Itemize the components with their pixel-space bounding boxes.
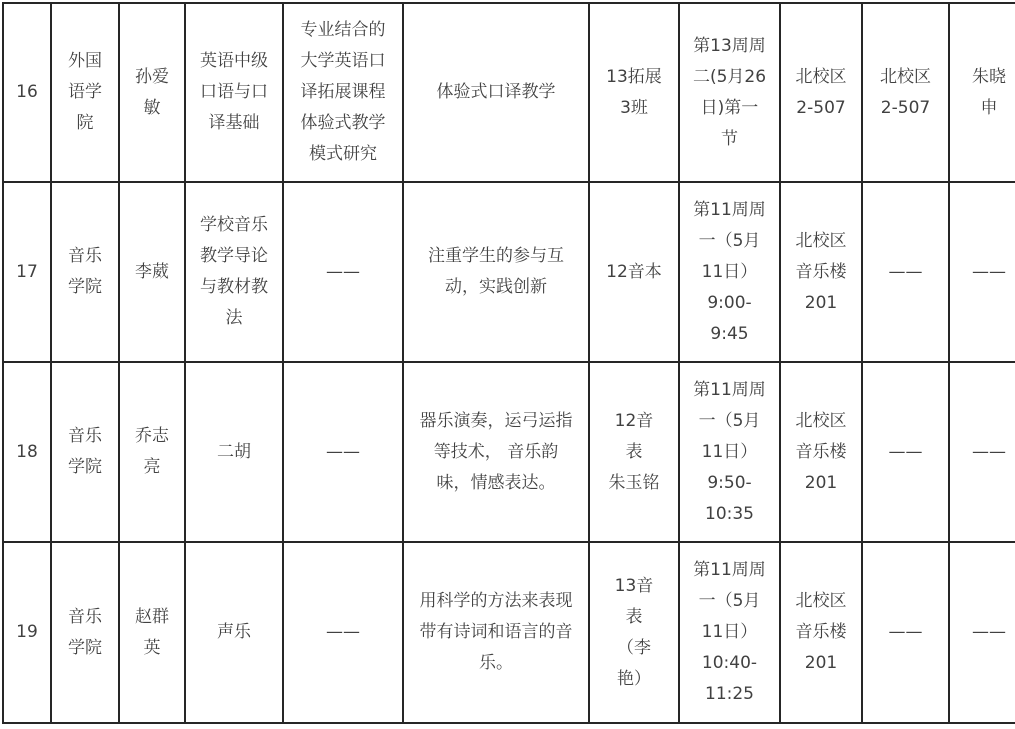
cell-teacher: 赵群 英 xyxy=(119,542,185,723)
cell-research-topic: —— xyxy=(283,362,403,542)
cell-research-topic: —— xyxy=(283,182,403,362)
cell-row-number: 16 xyxy=(3,3,51,182)
cell-time: 第11周周 一（5月 11日） 10:40- 11:25 xyxy=(679,542,780,723)
cell-college: 外国 语学 院 xyxy=(51,3,119,182)
cell-location-2: —— xyxy=(862,182,949,362)
cell-row-number: 19 xyxy=(3,542,51,723)
cell-location-1: 北校区 音乐楼 201 xyxy=(780,362,862,542)
cell-class: 12音 表 朱玉铭 xyxy=(589,362,679,542)
cell-teacher: 李葳 xyxy=(119,182,185,362)
cell-teaching-feature: 器乐演奏，运弓运指 等技术， 音乐韵 味，情感表达。 xyxy=(403,362,589,542)
cell-location-2: —— xyxy=(862,542,949,723)
cell-person: —— xyxy=(949,362,1015,542)
cell-row-number: 18 xyxy=(3,362,51,542)
cell-teacher: 孙爱 敏 xyxy=(119,3,185,182)
cell-class: 13拓展 3班 xyxy=(589,3,679,182)
table-row: 16 外国 语学 院 孙爱 敏 英语中级 口语与口 译基础 专业结合的 大学英语… xyxy=(3,3,1015,182)
cell-class: 13音 表 （李 艳） xyxy=(589,542,679,723)
cell-location-1: 北校区 2-507 xyxy=(780,3,862,182)
table-row: 18 音乐 学院 乔志 亮 二胡 —— 器乐演奏，运弓运指 等技术， 音乐韵 味… xyxy=(3,362,1015,542)
cell-teaching-feature: 体验式口译教学 xyxy=(403,3,589,182)
cell-teaching-feature: 用科学的方法来表现 带有诗词和语言的音 乐。 xyxy=(403,542,589,723)
cell-location-2: —— xyxy=(862,362,949,542)
cell-teacher: 乔志 亮 xyxy=(119,362,185,542)
cell-location-2: 北校区 2-507 xyxy=(862,3,949,182)
cell-person: —— xyxy=(949,542,1015,723)
cell-time: 第11周周 一（5月 11日） 9:50- 10:35 xyxy=(679,362,780,542)
cell-class: 12音本 xyxy=(589,182,679,362)
cell-time: 第11周周 一（5月 11日） 9:00- 9:45 xyxy=(679,182,780,362)
cell-location-1: 北校区 音乐楼 201 xyxy=(780,182,862,362)
cell-time: 第13周周 二(5月26 日)第一 节 xyxy=(679,3,780,182)
table-row: 19 音乐 学院 赵群 英 声乐 —— 用科学的方法来表现 带有诗词和语言的音 … xyxy=(3,542,1015,723)
cell-row-number: 17 xyxy=(3,182,51,362)
cell-course: 二胡 xyxy=(185,362,283,542)
cell-person: —— xyxy=(949,182,1015,362)
course-schedule-table: 16 外国 语学 院 孙爱 敏 英语中级 口语与口 译基础 专业结合的 大学英语… xyxy=(2,2,1015,724)
cell-college: 音乐 学院 xyxy=(51,362,119,542)
table-row: 17 音乐 学院 李葳 学校音乐 教学导论 与教材教 法 —— 注重学生的参与互… xyxy=(3,182,1015,362)
cell-research-topic: —— xyxy=(283,542,403,723)
cell-research-topic: 专业结合的 大学英语口 译拓展课程 体验式教学 模式研究 xyxy=(283,3,403,182)
cell-person: 朱晓 申 xyxy=(949,3,1015,182)
cell-teaching-feature: 注重学生的参与互 动，实践创新 xyxy=(403,182,589,362)
cell-location-1: 北校区 音乐楼 201 xyxy=(780,542,862,723)
cell-course: 声乐 xyxy=(185,542,283,723)
cell-college: 音乐 学院 xyxy=(51,542,119,723)
cell-course: 英语中级 口语与口 译基础 xyxy=(185,3,283,182)
cell-college: 音乐 学院 xyxy=(51,182,119,362)
cell-course: 学校音乐 教学导论 与教材教 法 xyxy=(185,182,283,362)
